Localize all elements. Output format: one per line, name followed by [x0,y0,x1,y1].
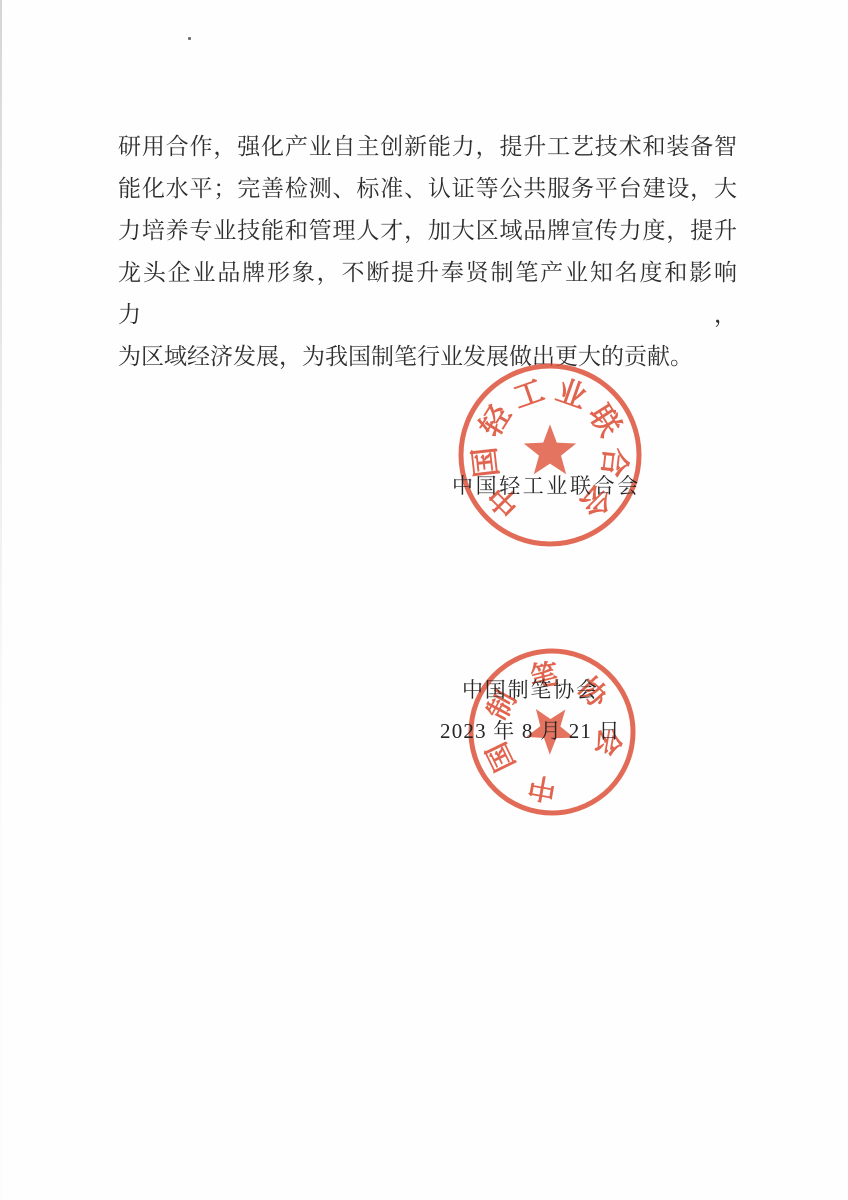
letter-body: 研用合作，强化产业自主创新能力，提升工艺技术和装备智 能化水平；完善检测、标准、… [118,126,737,378]
signature-date: 2023 年 8 月 21 日 [440,715,621,745]
body-line: 研用合作，强化产业自主创新能力，提升工艺技术和装备智 [118,126,737,168]
org2-signature-name: 中国制笔协会 [462,674,599,704]
svg-text:中: 中 [526,769,559,805]
scanned-document-page: 研用合作，强化产业自主创新能力，提升工艺技术和装备智 能化水平；完善检测、标准、… [0,0,848,1200]
svg-text:轻: 轻 [473,399,518,444]
body-line: 龙头企业品牌形象，不断提升奉贤制笔产业知名度和影响力， [118,252,737,336]
body-line: 为区域经济发展，为我国制笔行业发展做出更大的贡献。 [118,336,737,378]
svg-text:业: 业 [552,374,591,415]
svg-text:联: 联 [582,399,626,442]
body-line: 力培养专业技能和管理人才，加大区域品牌宣传力度，提升 [118,210,737,252]
china-light-industry-council-seal-stamp: 中国轻工业联合会 [454,359,646,551]
scan-speck [188,37,191,40]
scan-edge-artifact [0,0,2,1200]
org1-signature-name: 中国轻工业联合会 [452,470,641,500]
svg-text:工: 工 [509,374,548,415]
body-line: 能化水平；完善检测、标准、认证等公共服务平台建设，大 [118,168,737,210]
